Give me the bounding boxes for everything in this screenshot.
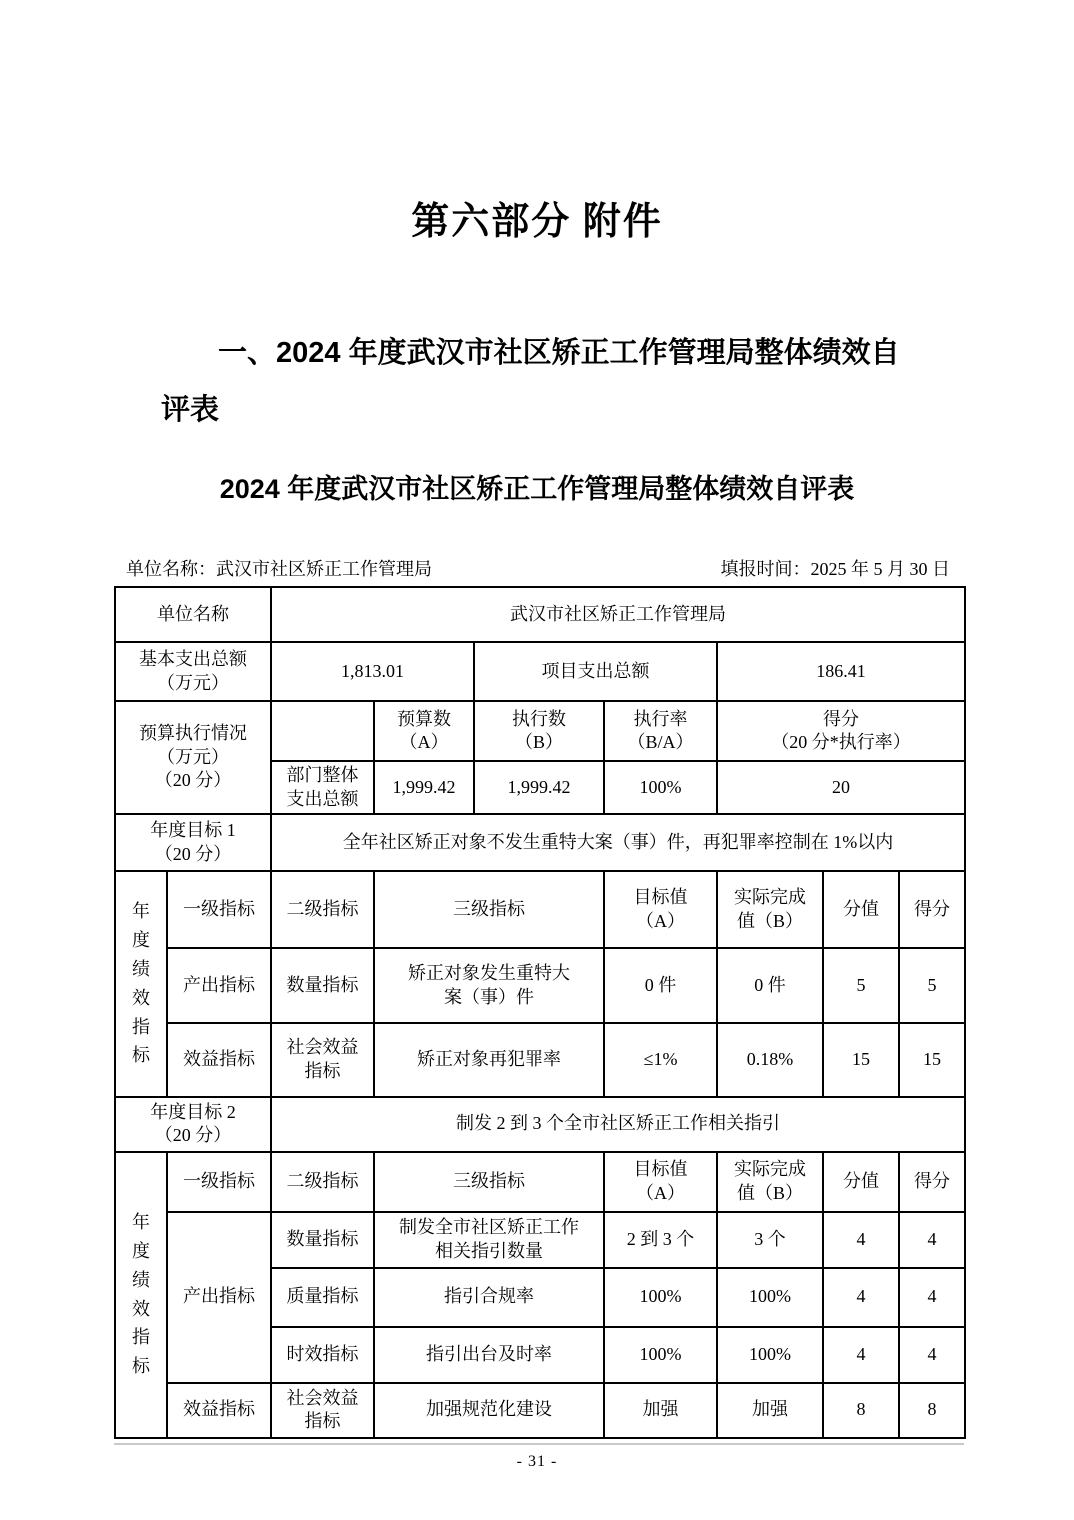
block1-row2-actual: 0.18% <box>717 1023 823 1096</box>
table-row: 年度绩效指标 一级指标 二级指标 三级指标 目标值 （A） 实际完成 值（B） … <box>115 871 965 948</box>
dept-total-score-cell: 20 <box>717 761 965 814</box>
block2-side-label-text: 年度绩效指标 <box>130 1208 152 1381</box>
block1-header-level2: 二级指标 <box>271 871 374 948</box>
table-row: 产出指标 数量指标 矫正对象发生重特大 案（事）件 0 件 0 件 5 5 <box>115 948 965 1023</box>
block2-row2-score: 4 <box>899 1268 965 1327</box>
table-row: 基本支出总额 （万元） 1,813.01 项目支出总额 186.41 <box>115 642 965 701</box>
block2-row4-level3: 加强规范化建设 <box>374 1383 604 1438</box>
page-number: - 31 - <box>0 1453 1074 1471</box>
block2-row4-score: 8 <box>899 1383 965 1438</box>
block1-row2-level3: 矫正对象再犯罪率 <box>374 1023 604 1096</box>
goal2-text-cell: 制发 2 到 3 个全市社区矫正工作相关指引 <box>271 1097 965 1152</box>
part-title: 第六部分 附件 <box>0 0 1074 245</box>
project-expense-label-cell: 项目支出总额 <box>474 642 717 701</box>
table-row: 单位名称 武汉市社区矫正工作管理局 <box>115 587 965 642</box>
block1-row1-level1: 产出指标 <box>167 948 271 1023</box>
table-meta: 单位名称：武汉市社区矫正工作管理局 填报时间：2025 年 5 月 30 日 <box>114 558 964 580</box>
block1-row2-level2: 社会效益 指标 <box>271 1023 374 1096</box>
block2-row4-points: 8 <box>823 1383 899 1438</box>
budget-empty-cell <box>271 701 374 761</box>
block2-row4-actual: 加强 <box>717 1383 823 1438</box>
block2-row2-points: 4 <box>823 1268 899 1327</box>
table-title: 2024 年度武汉市社区矫正工作管理局整体绩效自评表 <box>0 467 1074 506</box>
document-page: 第六部分 附件 一、2024 年度武汉市社区矫正工作管理局整体绩效自 评表 20… <box>0 0 1074 1520</box>
block1-side-label-text: 年度绩效指标 <box>130 897 152 1070</box>
block1-row2-level1: 效益指标 <box>167 1023 271 1096</box>
block1-row1-level3: 矫正对象发生重特大 案（事）件 <box>374 948 604 1023</box>
block1-header-score: 得分 <box>899 871 965 948</box>
block1-side-label-cell: 年度绩效指标 <box>115 871 167 1097</box>
block1-row2-score: 15 <box>899 1023 965 1096</box>
block2-row3-level2: 时效指标 <box>271 1327 374 1383</box>
budget-col-header-score: 得分 （20 分*执行率） <box>717 701 965 761</box>
block1-header-target: 目标值 （A） <box>604 871 717 948</box>
section-heading-line1: 一、2024 年度武汉市社区矫正工作管理局整体绩效自 <box>218 325 1074 382</box>
section-heading-line2: 评表 <box>161 382 1074 439</box>
basic-expense-value-cell: 1,813.01 <box>271 642 474 701</box>
dept-total-label-cell: 部门整体 支出总额 <box>271 761 374 814</box>
table-row: 年度目标 1 （20 分） 全年社区矫正对象不发生重特大案（事）件，再犯罪率控制… <box>115 814 965 871</box>
block2-header-target: 目标值 （A） <box>604 1152 717 1212</box>
block1-row1-target: 0 件 <box>604 948 717 1023</box>
budget-col-header-budget: 预算数 （A） <box>374 701 474 761</box>
dept-total-exec-cell: 1,999.42 <box>474 761 604 814</box>
performance-table: 单位名称 武汉市社区矫正工作管理局 基本支出总额 （万元） 1,813.01 项… <box>114 586 966 1439</box>
goal1-label-cell: 年度目标 1 （20 分） <box>115 814 271 871</box>
block2-header-actual: 实际完成 值（B） <box>717 1152 823 1212</box>
table-row: 预算执行情况 （万元） （20 分） 预算数 （A） 执行数 （B） 执行率 （… <box>115 701 965 761</box>
block2-header-level2: 二级指标 <box>271 1152 374 1212</box>
block2-row3-score: 4 <box>899 1327 965 1383</box>
block2-row1-points: 4 <box>823 1212 899 1268</box>
table-row: 年度绩效指标 一级指标 二级指标 三级指标 目标值 （A） 实际完成 值（B） … <box>115 1152 965 1212</box>
block2-row4-level2: 社会效益 指标 <box>271 1383 374 1438</box>
block2-header-points: 分值 <box>823 1152 899 1212</box>
table-row: 产出指标 数量指标 制发全市社区矫正工作 相关指引数量 2 到 3 个 3 个 … <box>115 1212 965 1268</box>
block2-row4-level1: 效益指标 <box>167 1383 271 1438</box>
block2-output-label-cell: 产出指标 <box>167 1212 271 1383</box>
dept-total-budget-cell: 1,999.42 <box>374 761 474 814</box>
block1-row1-actual: 0 件 <box>717 948 823 1023</box>
block1-row1-points: 5 <box>823 948 899 1023</box>
block2-row4-target: 加强 <box>604 1383 717 1438</box>
block2-row2-target: 100% <box>604 1268 717 1327</box>
block2-row1-level3: 制发全市社区矫正工作 相关指引数量 <box>374 1212 604 1268</box>
project-expense-value-cell: 186.41 <box>717 642 965 701</box>
table-row: 效益指标 社会效益 指标 加强规范化建设 加强 加强 8 8 <box>115 1383 965 1438</box>
table-continuation-line <box>114 1443 964 1445</box>
block1-header-actual: 实际完成 值（B） <box>717 871 823 948</box>
block2-header-level1: 一级指标 <box>167 1152 271 1212</box>
block1-header-level3: 三级指标 <box>374 871 604 948</box>
dept-total-rate-cell: 100% <box>604 761 717 814</box>
block2-row1-level2: 数量指标 <box>271 1212 374 1268</box>
table-row: 效益指标 社会效益 指标 矫正对象再犯罪率 ≤1% 0.18% 15 15 <box>115 1023 965 1096</box>
block2-row2-actual: 100% <box>717 1268 823 1327</box>
meta-report-date: 填报时间：2025 年 5 月 30 日 <box>721 558 951 580</box>
unit-name-value-cell: 武汉市社区矫正工作管理局 <box>271 587 965 642</box>
block2-row3-level3: 指引出台及时率 <box>374 1327 604 1383</box>
block1-header-level1: 一级指标 <box>167 871 271 948</box>
block2-row1-target: 2 到 3 个 <box>604 1212 717 1268</box>
block2-side-label-cell: 年度绩效指标 <box>115 1152 167 1438</box>
block1-row1-level2: 数量指标 <box>271 948 374 1023</box>
block2-header-level3: 三级指标 <box>374 1152 604 1212</box>
block1-row2-target: ≤1% <box>604 1023 717 1096</box>
block1-row1-score: 5 <box>899 948 965 1023</box>
budget-col-header-rate: 执行率 （B/A） <box>604 701 717 761</box>
block1-header-points: 分值 <box>823 871 899 948</box>
table-row: 年度目标 2 （20 分） 制发 2 到 3 个全市社区矫正工作相关指引 <box>115 1097 965 1152</box>
block2-row3-actual: 100% <box>717 1327 823 1383</box>
block2-row3-target: 100% <box>604 1327 717 1383</box>
block2-header-score: 得分 <box>899 1152 965 1212</box>
budget-execution-label-cell: 预算执行情况 （万元） （20 分） <box>115 701 271 814</box>
block2-row3-points: 4 <box>823 1327 899 1383</box>
budget-col-header-exec: 执行数 （B） <box>474 701 604 761</box>
block1-row2-points: 15 <box>823 1023 899 1096</box>
block2-row2-level2: 质量指标 <box>271 1268 374 1327</box>
unit-name-label-cell: 单位名称 <box>115 587 271 642</box>
block2-row1-score: 4 <box>899 1212 965 1268</box>
meta-unit-name: 单位名称：武汉市社区矫正工作管理局 <box>126 558 432 580</box>
basic-expense-label-cell: 基本支出总额 （万元） <box>115 642 271 701</box>
section-heading: 一、2024 年度武汉市社区矫正工作管理局整体绩效自 评表 <box>0 325 1074 439</box>
block2-row2-level3: 指引合规率 <box>374 1268 604 1327</box>
goal1-text-cell: 全年社区矫正对象不发生重特大案（事）件，再犯罪率控制在 1%以内 <box>271 814 965 871</box>
block2-row1-actual: 3 个 <box>717 1212 823 1268</box>
goal2-label-cell: 年度目标 2 （20 分） <box>115 1097 271 1152</box>
